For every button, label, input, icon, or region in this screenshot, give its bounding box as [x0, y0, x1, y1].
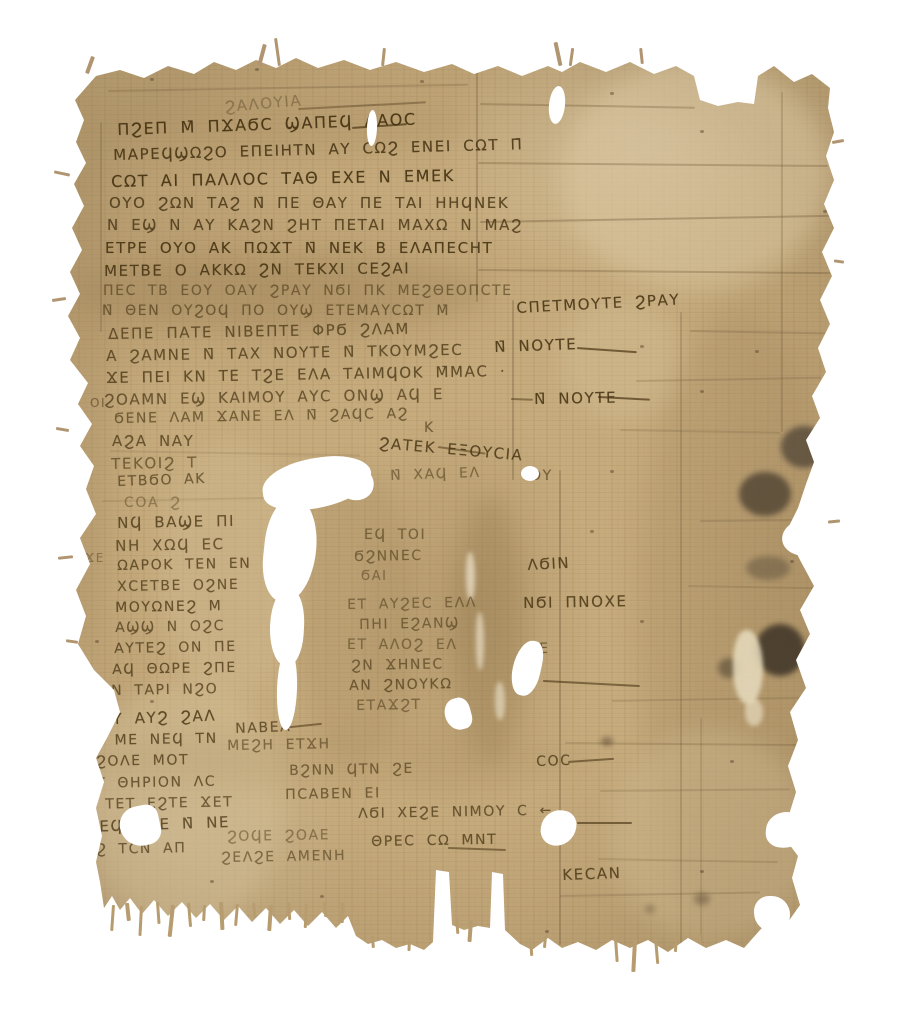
fringe-tassel	[202, 905, 206, 921]
fringe-tassel	[698, 934, 702, 944]
edge-fiber	[381, 48, 386, 66]
edge-fiber	[54, 170, 70, 176]
text-line: ϬΑΙ	[361, 569, 388, 584]
dark-speck	[700, 130, 704, 133]
dark-speck	[823, 210, 827, 213]
fringe-tassel	[340, 903, 345, 923]
crease-line	[781, 92, 783, 432]
dark-speck	[150, 700, 154, 703]
text-line: ΚΕϹΑΝ	[562, 864, 622, 884]
wax-drip	[476, 612, 484, 670]
dark-speck	[700, 870, 704, 873]
text-line: ϨΕΛϨΕ ΑΜΕΝΗ	[221, 848, 346, 866]
text-line: ΝΗ ΧΩϤ ΕϹ	[115, 535, 225, 555]
dark-stain	[746, 556, 790, 580]
text-line: ϬϨΝΝΕϹ	[354, 548, 423, 565]
dark-stain	[601, 737, 613, 746]
text-line: Ν̄ ΤΕΤ ΕϨΤΕ ϪΕΤ	[82, 794, 233, 813]
text-line: ϨΟϤΕ ϨΟΑΕ	[227, 827, 330, 845]
text-line: ΛϬΙΝ	[527, 554, 571, 574]
text-line: Ν ΕϢ Ν ΑΥ ΚΑϨΝ ϨΗΤ ΠΕΤΑΙ ΜΑΧΩ Ν ΜΑϨ	[107, 216, 523, 234]
papyrus-hole	[754, 896, 790, 932]
dark-speck	[210, 880, 214, 883]
text-line: Ν̄ ΝΟΥΤΕ	[494, 335, 578, 356]
dark-speck	[790, 560, 794, 563]
text-line: ΕϤ ΤΟΙ	[364, 527, 426, 543]
crease-line	[559, 470, 561, 945]
dark-speck	[755, 350, 759, 353]
edge-fiber	[554, 42, 563, 66]
edge-fiber	[56, 427, 69, 432]
dark-stain	[694, 893, 710, 905]
fringe-tassel	[543, 936, 547, 948]
text-line: ΝΤ ΘΗΡΙΟΝ ΛϹ	[84, 774, 216, 792]
dark-speck	[610, 470, 614, 473]
text-line: ΟΙ	[90, 396, 106, 410]
fringe-tassel	[234, 904, 239, 926]
wax-drip	[495, 682, 505, 720]
tone-patch	[560, 60, 830, 290]
dark-speck	[320, 895, 324, 898]
wax-drip	[733, 630, 763, 704]
dark-speck	[640, 345, 644, 348]
edge-fiber	[66, 639, 78, 644]
text-line: ΩΑΡΟΚ ΤΕΝ ΕΝ	[117, 556, 251, 574]
text-line: ϪΕ	[85, 551, 105, 565]
ink-stroke	[577, 822, 632, 824]
text-line: ΜΕΤΒΕ Ο ΑΚΚΩ ϨΝ ΤΕΚΧΙ ϹΕϨΑΙ	[104, 259, 410, 280]
crease-line	[100, 122, 102, 332]
dark-speck	[545, 930, 549, 933]
text-line: ΑϢϢ Ν ΟϨϹ	[115, 618, 225, 636]
text-line: ΠϹΑΒΕΝ ΕΙ	[285, 785, 381, 803]
text-line: ϨΝ ϪΗΝΕϹ	[351, 656, 444, 674]
edge-fiber	[569, 48, 574, 66]
dark-stain	[739, 472, 791, 516]
edge-fiber	[52, 297, 66, 302]
fringe-tassel	[138, 906, 143, 936]
text-line: Κ	[424, 420, 435, 436]
text-line: ΛϬΙ ΧΕϨΕ ΝΙΜΟΥ Ϲ ←	[358, 803, 553, 822]
tone-patch	[60, 60, 110, 660]
text-line: ΕΤΒϬΟ ΑΚ	[117, 471, 206, 490]
crease-line	[680, 312, 682, 947]
dark-speck	[700, 390, 704, 393]
dark-stain	[645, 905, 655, 913]
fringe-tassel	[674, 936, 678, 952]
text-line: ΕΤΡΕ ΟΥΟ ΑΚ ΠΩϪΤ Ν̄ ΝΕΚ Β ΕΛΑΠΕϹΗΤ	[105, 239, 493, 257]
fringe-tassel	[407, 940, 411, 951]
text-line: ΜΕϨΗ ΕΤϪΗ	[227, 736, 331, 754]
fringe-tassel	[631, 940, 637, 972]
text-line: ΑΥΤΕϨ ΟΝ ΠΕ	[114, 639, 237, 657]
dark-speck	[95, 640, 99, 643]
text-line: ΠΗΙ ΕϨΑΝϢ	[359, 615, 460, 633]
dark-speck	[640, 620, 644, 623]
text-line: ΟΥΟ ϨΩΝ ΤΑϨ Ν̄ ΠΕ ΘΑΥ ΠΕ ΤΑΙ ΗΗϤΝΕΚ	[109, 194, 509, 212]
wax-drip	[466, 552, 475, 600]
edge-fiber	[828, 519, 840, 523]
dark-speck	[610, 92, 614, 95]
text-line: ΟΙ ΜΕ ΝΕϤ ΤΝ	[85, 731, 218, 749]
text-line: ΑΝ ϨΝΟΥΚΩ	[349, 676, 453, 694]
dark-speck	[730, 760, 734, 763]
text-line: ΝϬΙ ΠΝΟΧΕ	[523, 592, 628, 612]
crease-line	[700, 718, 702, 943]
dark-speck	[590, 530, 594, 533]
photo-canvas: ϨΑΛΟΥΙΑΠϨΕΠ Μ̄ ΠϪΑϬϹ ϢΑΠΕϤ ΛΑΟϹΜΑΡΕϤϢΩϨΟ…	[0, 0, 898, 1024]
text-line: ΝϤ ΒΑϢΕ ΠΙ	[117, 512, 235, 532]
edge-fiber	[639, 48, 644, 64]
dark-speck	[150, 78, 154, 81]
text-line: ΜΟΥΩΝΕϨ Μ	[115, 598, 222, 616]
wax-drip	[745, 698, 763, 726]
crease-line	[476, 62, 478, 302]
text-line: ΤΕΚΟΙϨ Τ	[111, 453, 198, 473]
dark-speck	[255, 68, 259, 71]
text-line: ΑϨΑ ΝΑΥ	[112, 432, 194, 450]
text-line: ΧϹΕΤΒΕ ΟϨΝΕ	[117, 577, 239, 595]
papyrus-fragment: ϨΑΛΟΥΙΑΠϨΕΠ Μ̄ ΠϪΑϬϹ ϢΑΠΕϤ ΛΑΟϹΜΑΡΕϤϢΩϨΟ…	[0, 0, 898, 1024]
edge-fiber	[834, 259, 844, 263]
text-line: Ν̄ ΧΑϤ ΕΛ	[390, 465, 481, 484]
text-line: ΑϤ ΘΩΡΕ ϨΠΕ	[112, 660, 237, 678]
text-line: ϹΟϹ	[536, 753, 572, 770]
edge-fiber	[274, 38, 281, 66]
text-line: Ν̄ϨΟΛΕ ΜΟΤ	[84, 752, 189, 770]
edge-fiber	[58, 555, 73, 560]
fringe-tassel	[125, 903, 131, 921]
fringe-tassel	[267, 905, 273, 931]
dark-stain	[781, 426, 827, 468]
text-line: ΕΤ ΑΛΟϨ ΕΛ	[347, 637, 458, 653]
edge-fiber	[832, 139, 844, 144]
dark-speck	[420, 80, 424, 83]
text-line: Ν ΤΑΡΙ ΝϨΟ	[111, 681, 218, 699]
text-line: ΕΤΑϪϨΤ	[356, 697, 422, 714]
papyrus-hole	[521, 466, 539, 481]
text-line: ΠΕϹ ΤΒ ΕΟΥ ΟΑΥ ϨΡΑΥ ΝϬΙ ΠΚ ΜΕϨΘΕΟΠϹΤΕ	[103, 283, 513, 299]
text-line: Ν̄ ΘΕΝ ΟΥϨΟϤ ΠΟ ΟΥϢ ΕΤΕΜΑΥϹΩΤ Μ̄	[102, 303, 450, 319]
fringe-tassel	[467, 920, 473, 942]
text-line: ΒϨΝΝ ϤΤΝ ϨΕ	[289, 761, 414, 779]
fringe-tassel	[110, 905, 115, 931]
text-line: ΕΤ ΑΥϨΕϹ ΕΛΛ	[347, 595, 477, 613]
edge-fiber	[85, 56, 95, 74]
text-line: ϹΟΑ Ϩ	[124, 495, 181, 511]
tone-patch	[295, 465, 415, 765]
